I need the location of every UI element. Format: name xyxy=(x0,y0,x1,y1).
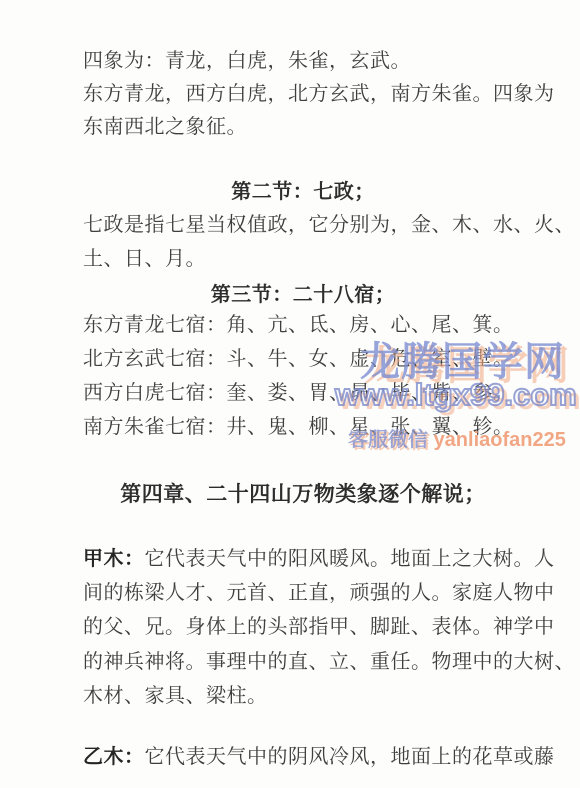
body-line: 东方青龙，西方白虎，北方玄武，南方朱雀。四象为 xyxy=(83,82,555,106)
chapter-heading: 第四章、二十四山万物类象逐个解说； xyxy=(83,478,523,508)
body-line: 的神兵神将。事理中的直、立、重任。物理中的大树、 xyxy=(83,650,575,674)
body-line: 木材、家具、梁柱。 xyxy=(83,684,268,708)
term-yimu: 乙木： xyxy=(83,746,145,768)
body-line: 的父、兄。身体上的头部指甲、脚趾、表体。神学中 xyxy=(83,615,555,639)
body-line: 北方玄武七宿：斗、牛、女、虚、危、室、壁。 xyxy=(83,347,514,371)
body-line: 东方青龙七宿：角、亢、氐、房、心、尾、箕。 xyxy=(83,313,514,337)
body-line: 甲木：它代表天气中的阳风暖风。地面上之大树。人 xyxy=(83,547,555,571)
body-line: 土、日、月。 xyxy=(83,247,206,271)
term-jiamu: 甲木： xyxy=(83,548,145,570)
body-line: 四象为：青龙，白虎，朱雀，玄武。 xyxy=(83,49,411,73)
document-page: 四象为：青龙，白虎，朱雀，玄武。 东方青龙，西方白虎，北方玄武，南方朱雀。四象为… xyxy=(0,0,580,788)
section-heading-qizheng: 第二节：七政； xyxy=(83,175,523,204)
body-line-text: 它代表天气中的阴风冷风，地面上的花草或藤 xyxy=(145,746,555,768)
body-line: 乙木：它代表天气中的阴风冷风，地面上的花草或藤 xyxy=(83,745,555,769)
body-line-text: 它代表天气中的阳风暖风。地面上之大树。人 xyxy=(145,548,555,570)
body-line: 东南西北之象征。 xyxy=(83,115,247,139)
section-heading-ershibaxiu: 第三节：二十八宿； xyxy=(83,278,523,307)
body-line: 间的栋梁人才、元首、正直，顽强的人。家庭人物中 xyxy=(83,581,555,605)
body-line: 南方朱雀七宿：井、鬼、柳、星、张、翼、轸。 xyxy=(83,415,514,439)
body-line: 七政是指七星当权值政，它分别为，金、木、水、火、 xyxy=(83,213,575,237)
body-line: 西方白虎七宿：奎、娄、胃、昴、毕、觜、参。 xyxy=(83,381,514,405)
